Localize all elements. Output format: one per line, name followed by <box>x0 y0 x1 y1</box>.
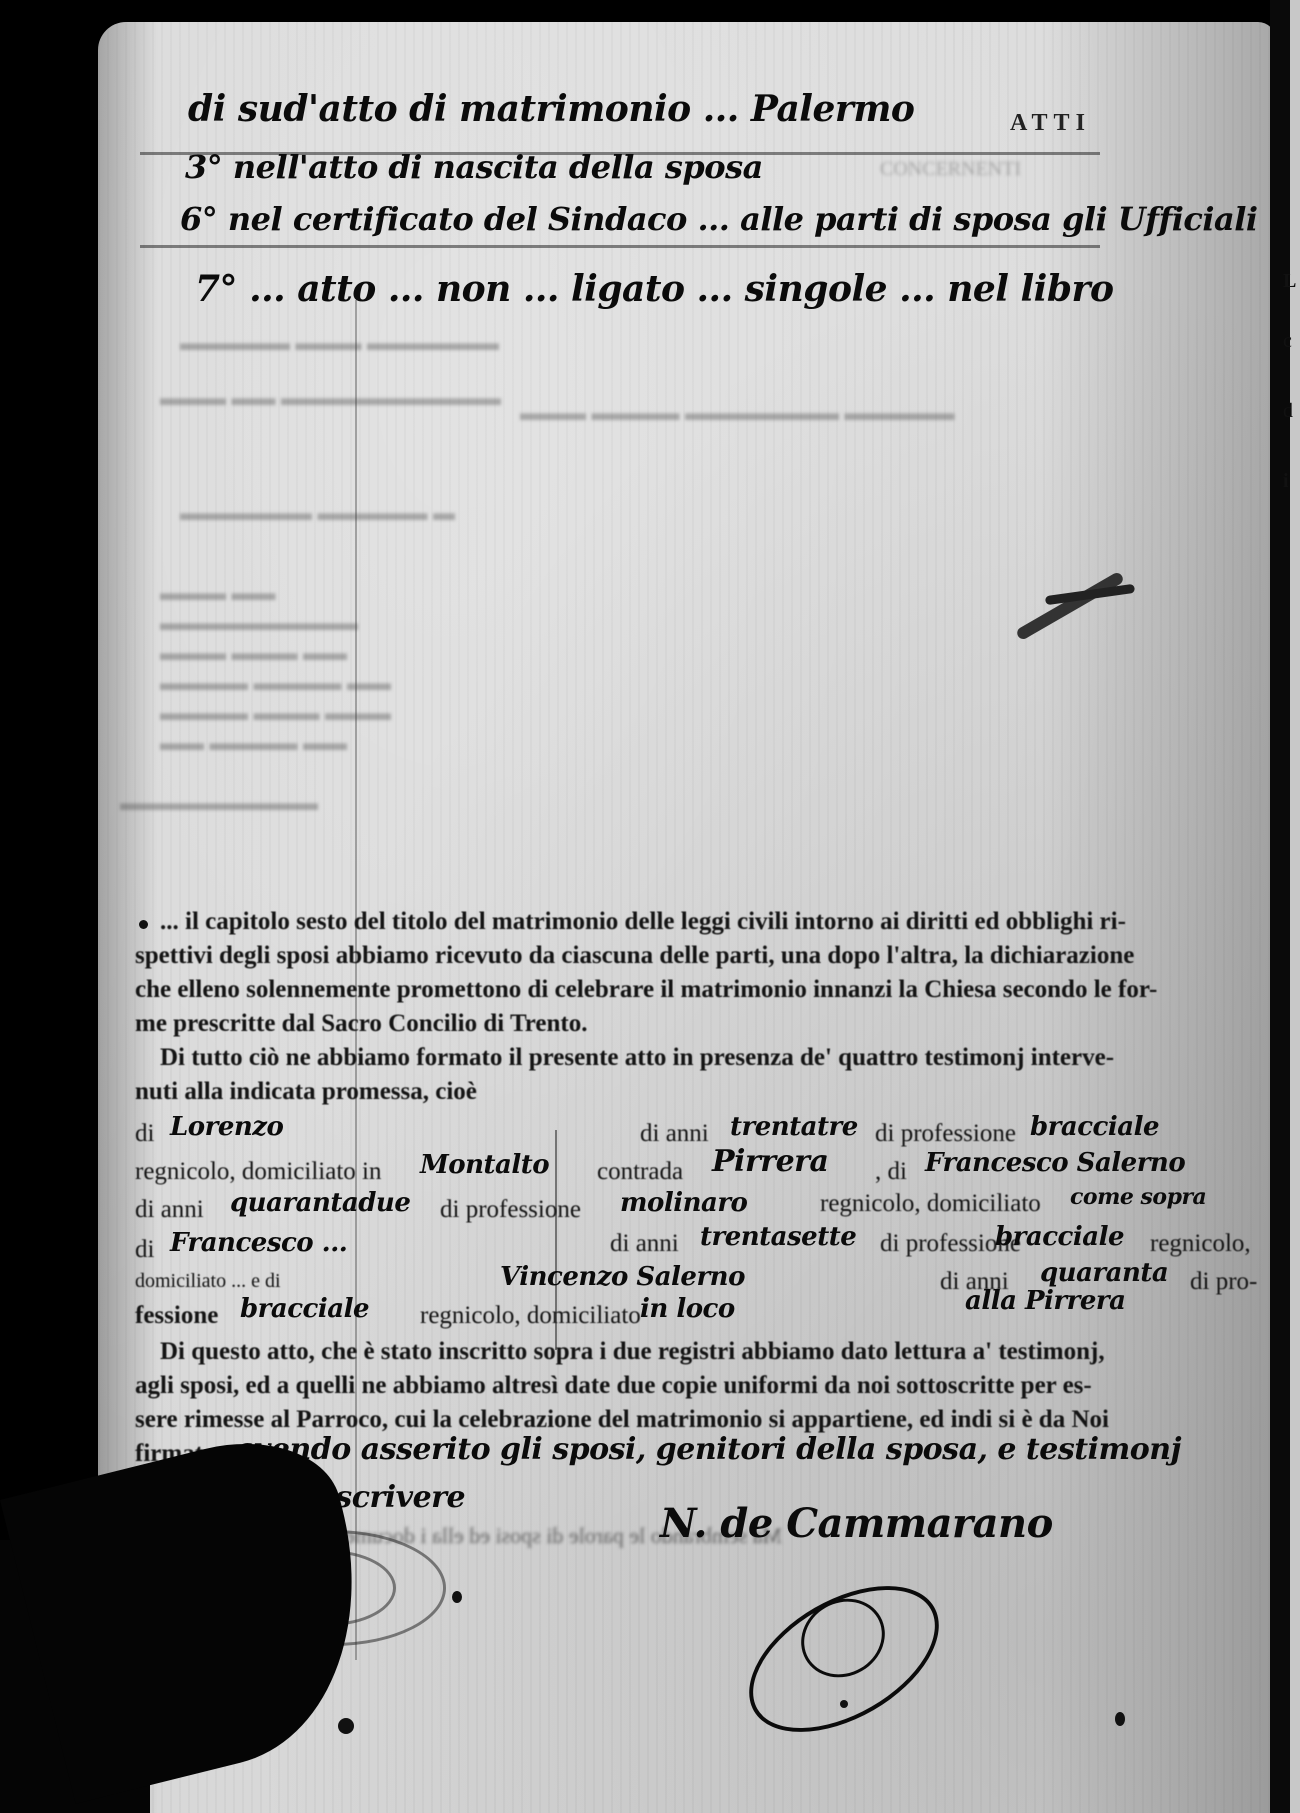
witness-age: quaranta <box>1040 1258 1168 1288</box>
witness-street: Pirrera <box>712 1144 828 1179</box>
bleedthrough-text: ▬▬▬ ▬▬▬ ▬▬ <box>160 640 347 666</box>
closing-line: agli sposi, ed a quelli ne abbiamo altre… <box>135 1372 1092 1400</box>
bleedthrough-text: ▬▬▬ ▬▬▬▬ ▬▬▬▬▬▬▬ ▬▬▬▬▬ <box>520 400 955 426</box>
witness-age-label: di anni <box>610 1230 679 1258</box>
street-label: contrada <box>597 1158 683 1186</box>
witness-name: Francesco Salerno <box>925 1148 1185 1178</box>
witness-tail: regnicolo, domiciliato <box>820 1190 1041 1218</box>
adjacent-page-letter: i <box>1283 470 1289 493</box>
bleedthrough-text: ▬▬▬▬ ▬▬▬ ▬▬▬ <box>160 700 391 726</box>
faded-header-text: CONCERNENTI <box>880 158 1021 181</box>
witness-age: trentasette <box>700 1222 856 1252</box>
marginal-annotation: 6° nel certificato del Sindaco ... alle … <box>180 200 1258 238</box>
body-line: Di tutto ciò ne abbiamo formato il prese… <box>160 1044 1114 1072</box>
witness-prefix: di <box>135 1120 154 1148</box>
witness-domicile: come sopra <box>1070 1184 1206 1210</box>
marginal-annotation: di sud'atto di matrimonio ... Palermo <box>188 88 914 130</box>
witness-age-label: di anni <box>640 1120 709 1148</box>
marginal-annotation: 3° nell'atto di nascita della sposa <box>185 148 763 186</box>
bleedthrough-text: ▬▬▬▬▬ ▬▬▬ ▬▬▬▬▬▬ <box>180 330 499 356</box>
witness-age-label: di anni <box>135 1196 204 1224</box>
witness-name: Lorenzo <box>170 1112 283 1142</box>
closing-text: agli sposi, ed a quelli ne abbiamo altre… <box>135 1372 1092 1399</box>
bleedthrough-text: ▬▬▬▬▬▬ ▬▬▬▬▬ ▬ <box>180 500 455 526</box>
bleedthrough-text: ▬▬ ▬▬▬▬ ▬▬ <box>160 730 347 756</box>
witness-domicile: Montalto <box>420 1150 549 1180</box>
body-text: Di tutto ciò ne abbiamo formato il prese… <box>160 1044 1114 1071</box>
witness-age: trentatre <box>730 1112 858 1142</box>
witness-age: quarantadue <box>230 1188 410 1218</box>
bleedthrough-text: ▬▬▬▬▬▬▬▬▬ <box>160 610 358 636</box>
adjacent-page-letter: c <box>1283 330 1292 353</box>
witness-prof-label: di professione <box>875 1120 1016 1148</box>
header-title: ATTI <box>1010 110 1091 137</box>
witness-name: Vincenzo Salerno <box>500 1262 745 1292</box>
body-line: nuti alla indicata promessa, cioè <box>135 1078 477 1106</box>
witness-prof-label: di pro- <box>1190 1268 1257 1296</box>
witness-profession: bracciale <box>240 1294 369 1324</box>
body-text: che elleno solennemente promettono di ce… <box>135 976 1157 1003</box>
ink-spot <box>338 1718 354 1734</box>
bleedthrough-text: ▬▬▬▬▬▬▬▬▬ <box>120 790 318 816</box>
closing-text: Di questo atto, che è stato inscritto so… <box>160 1338 1105 1365</box>
adjacent-page-letter: L <box>1283 270 1296 293</box>
witness-domicile: alla Pirrera <box>965 1286 1125 1316</box>
witness-prefix: di <box>135 1236 154 1264</box>
body-text: spettivi degli sposi abbiamo ricevuto da… <box>135 942 1134 969</box>
witness-tail: regnicolo, <box>1150 1230 1251 1258</box>
ink-spot <box>452 1591 462 1603</box>
header-rule <box>140 245 1100 248</box>
witness-prefix: domiciliato ... e di <box>135 1270 281 1293</box>
body-line: che elleno solennemente promettono di ce… <box>135 976 1157 1004</box>
ink-spot <box>840 1700 848 1708</box>
body-text: me prescritte dal Sacro Concilio di Tren… <box>135 1010 588 1037</box>
closing-line: Di questo atto, che è stato inscritto so… <box>160 1338 1105 1366</box>
witness-profession: bracciale <box>1030 1112 1159 1142</box>
official-signature: N. de Cammarano <box>660 1500 1053 1547</box>
bleedthrough-text: ▬▬▬ ▬▬ ▬▬▬▬▬▬▬▬▬▬ <box>160 385 501 411</box>
paragraph-marker <box>139 920 148 929</box>
witness-profession: bracciale <box>995 1222 1124 1252</box>
witness-tail: regnicolo, domiciliato in <box>135 1158 381 1186</box>
body-text: nuti alla indicata promessa, cioè <box>135 1078 477 1105</box>
witness-prof-label: fessione <box>135 1302 218 1330</box>
witness-prefix: , di <box>875 1158 907 1186</box>
ink-spot <box>1115 1712 1125 1726</box>
marginal-annotation: 7° ... atto ... non ... ligato ... singo… <box>195 268 1114 310</box>
witness-name: Francesco ... <box>170 1228 347 1258</box>
closing-line: sere rimesse al Parroco, cui la celebraz… <box>135 1406 1109 1434</box>
bleedthrough-text: ▬▬▬ ▬▬ <box>160 580 276 606</box>
closing-text: sere rimesse al Parroco, cui la celebraz… <box>135 1406 1109 1433</box>
closing-handwritten: avendo asserito gli sposi, genitori dell… <box>235 1432 1181 1467</box>
body-text: ... il capitolo sesto del titolo del mat… <box>160 908 1126 935</box>
witness-tail: regnicolo, domiciliato <box>420 1302 641 1330</box>
witness-prof-label: di professione <box>440 1196 581 1224</box>
adjacent-page-letter: d <box>1283 400 1293 423</box>
witness-profession: molinaro <box>620 1188 747 1218</box>
bleedthrough-text: ▬▬▬▬ ▬▬▬▬ ▬▬ <box>160 670 391 696</box>
body-line: ... il capitolo sesto del titolo del mat… <box>160 908 1126 936</box>
body-line: me prescritte dal Sacro Concilio di Tren… <box>135 1010 588 1038</box>
witness-domicile: in loco <box>640 1294 735 1324</box>
body-line: spettivi degli sposi abbiamo ricevuto da… <box>135 942 1134 970</box>
